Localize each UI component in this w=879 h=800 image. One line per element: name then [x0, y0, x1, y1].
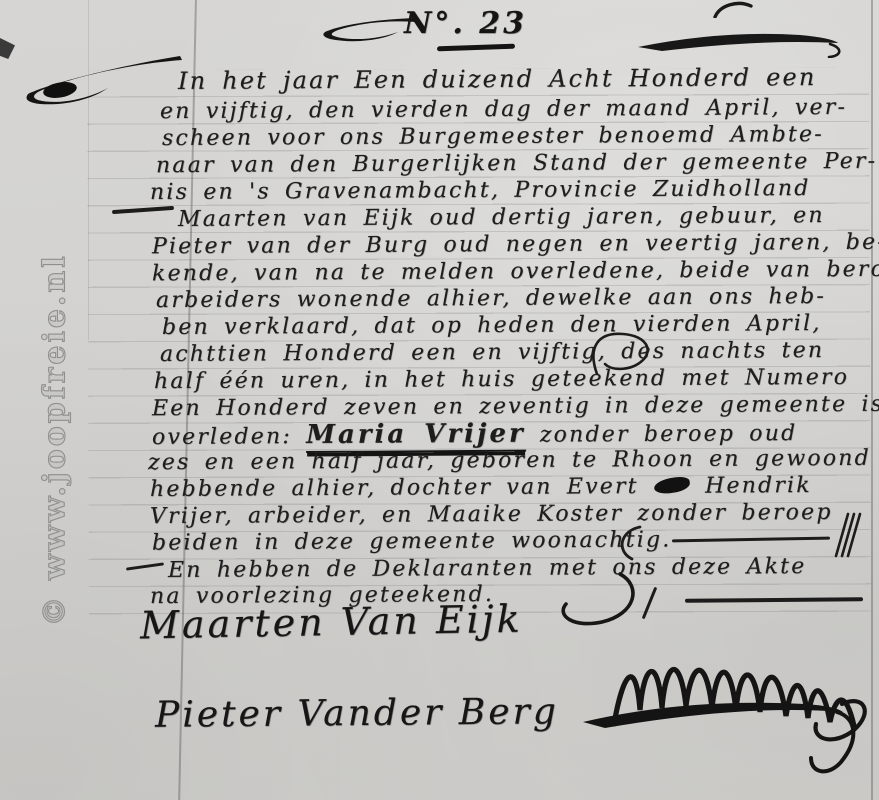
- closing-flourish-icon: [552, 568, 644, 630]
- pen-stroke-icon: [712, 0, 754, 18]
- document-number: N°. 23: [404, 6, 527, 41]
- deceased-line-prefix: overleden:: [152, 424, 306, 450]
- father-line-suffix: Hendrik: [691, 473, 812, 499]
- body-line: In het jaar Een duizend Acht Honderd een: [178, 62, 817, 96]
- signature-maarten-van-eijk: Maarten Van Eijk: [140, 597, 523, 648]
- ink-mark: [0, 38, 15, 59]
- paper-crease: [88, 0, 89, 340]
- watermark: © www.joopfreie.nl: [38, 282, 78, 627]
- father-line-prefix: hebbende alhier, dochter van Evert: [150, 474, 653, 502]
- ink-blot-icon: [653, 476, 691, 495]
- death-certificate-scan: © www.joopfreie.nl N°. 23 In het jaar Ee…: [0, 0, 879, 800]
- curl-flourish-icon: [608, 523, 650, 565]
- document-number-underline: [437, 44, 515, 51]
- signature-pieter-van-der-berg: Pieter Vander Berg: [155, 691, 559, 736]
- triple-stroke-icon: [826, 510, 864, 560]
- signature-lens-flourish-icon: [575, 688, 875, 788]
- paraph-flourish-icon: [632, 26, 847, 58]
